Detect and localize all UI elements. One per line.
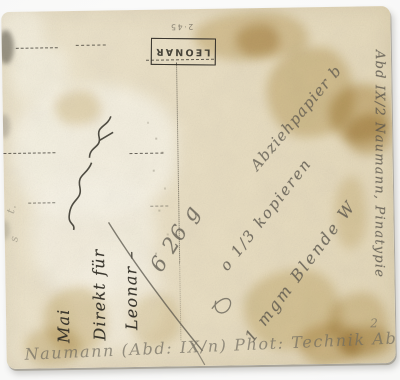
paper-mottle-texture xyxy=(1,6,396,369)
photo-card-back: LEONAR 2·45 Abd IX/2 Naumann, Pinatypie … xyxy=(1,6,396,369)
